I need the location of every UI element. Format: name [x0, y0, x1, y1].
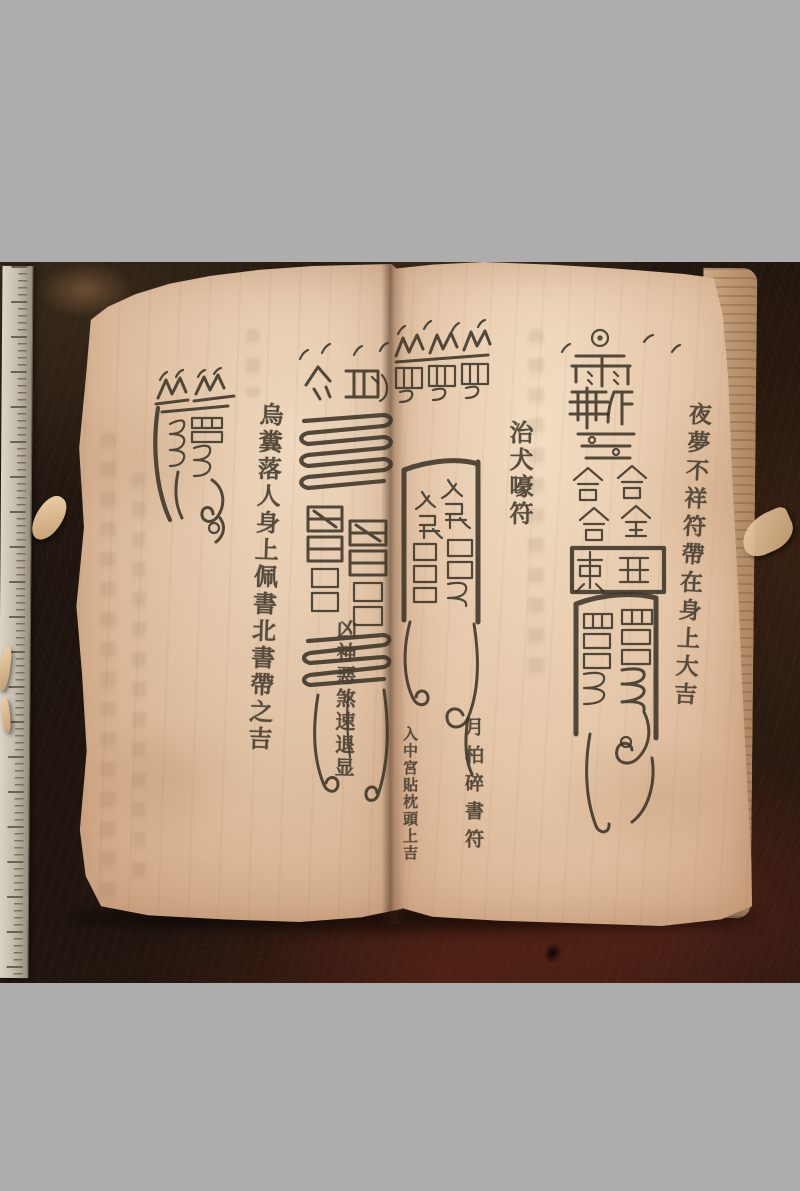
letterbox-bottom: [0, 983, 800, 1191]
bleed-through-column: [132, 472, 146, 892]
talisman-bad-dream-figure: [556, 322, 684, 856]
evil-spirits-retreat-note: 凶神惡煞速退显: [328, 619, 360, 814]
screenshot-stage: 烏糞落人身上佩書北書帶之吉 凶神惡煞速退显 治犬嚎符 月柏碎書符 入中宮貼枕頭上…: [0, 0, 800, 1191]
bleed-through-column: [246, 328, 260, 398]
pillow-instruction: 入中宮貼枕頭上吉: [400, 726, 421, 876]
ruler-long-tick-marks: [7, 266, 28, 978]
dog-howl-title: 治犬嚎符: [502, 420, 537, 542]
write-instruction: 月柏碎書符: [460, 717, 487, 887]
book-photo: 烏糞落人身上佩書北書帶之吉 凶神惡煞速退显 治犬嚎符 月柏碎書符 入中宮貼枕頭上…: [0, 262, 800, 983]
talisman-left-outer-figure: [150, 368, 242, 553]
letterbox-top: [0, 0, 800, 262]
bleed-through-column: [100, 432, 116, 902]
measuring-ruler: [0, 266, 33, 978]
